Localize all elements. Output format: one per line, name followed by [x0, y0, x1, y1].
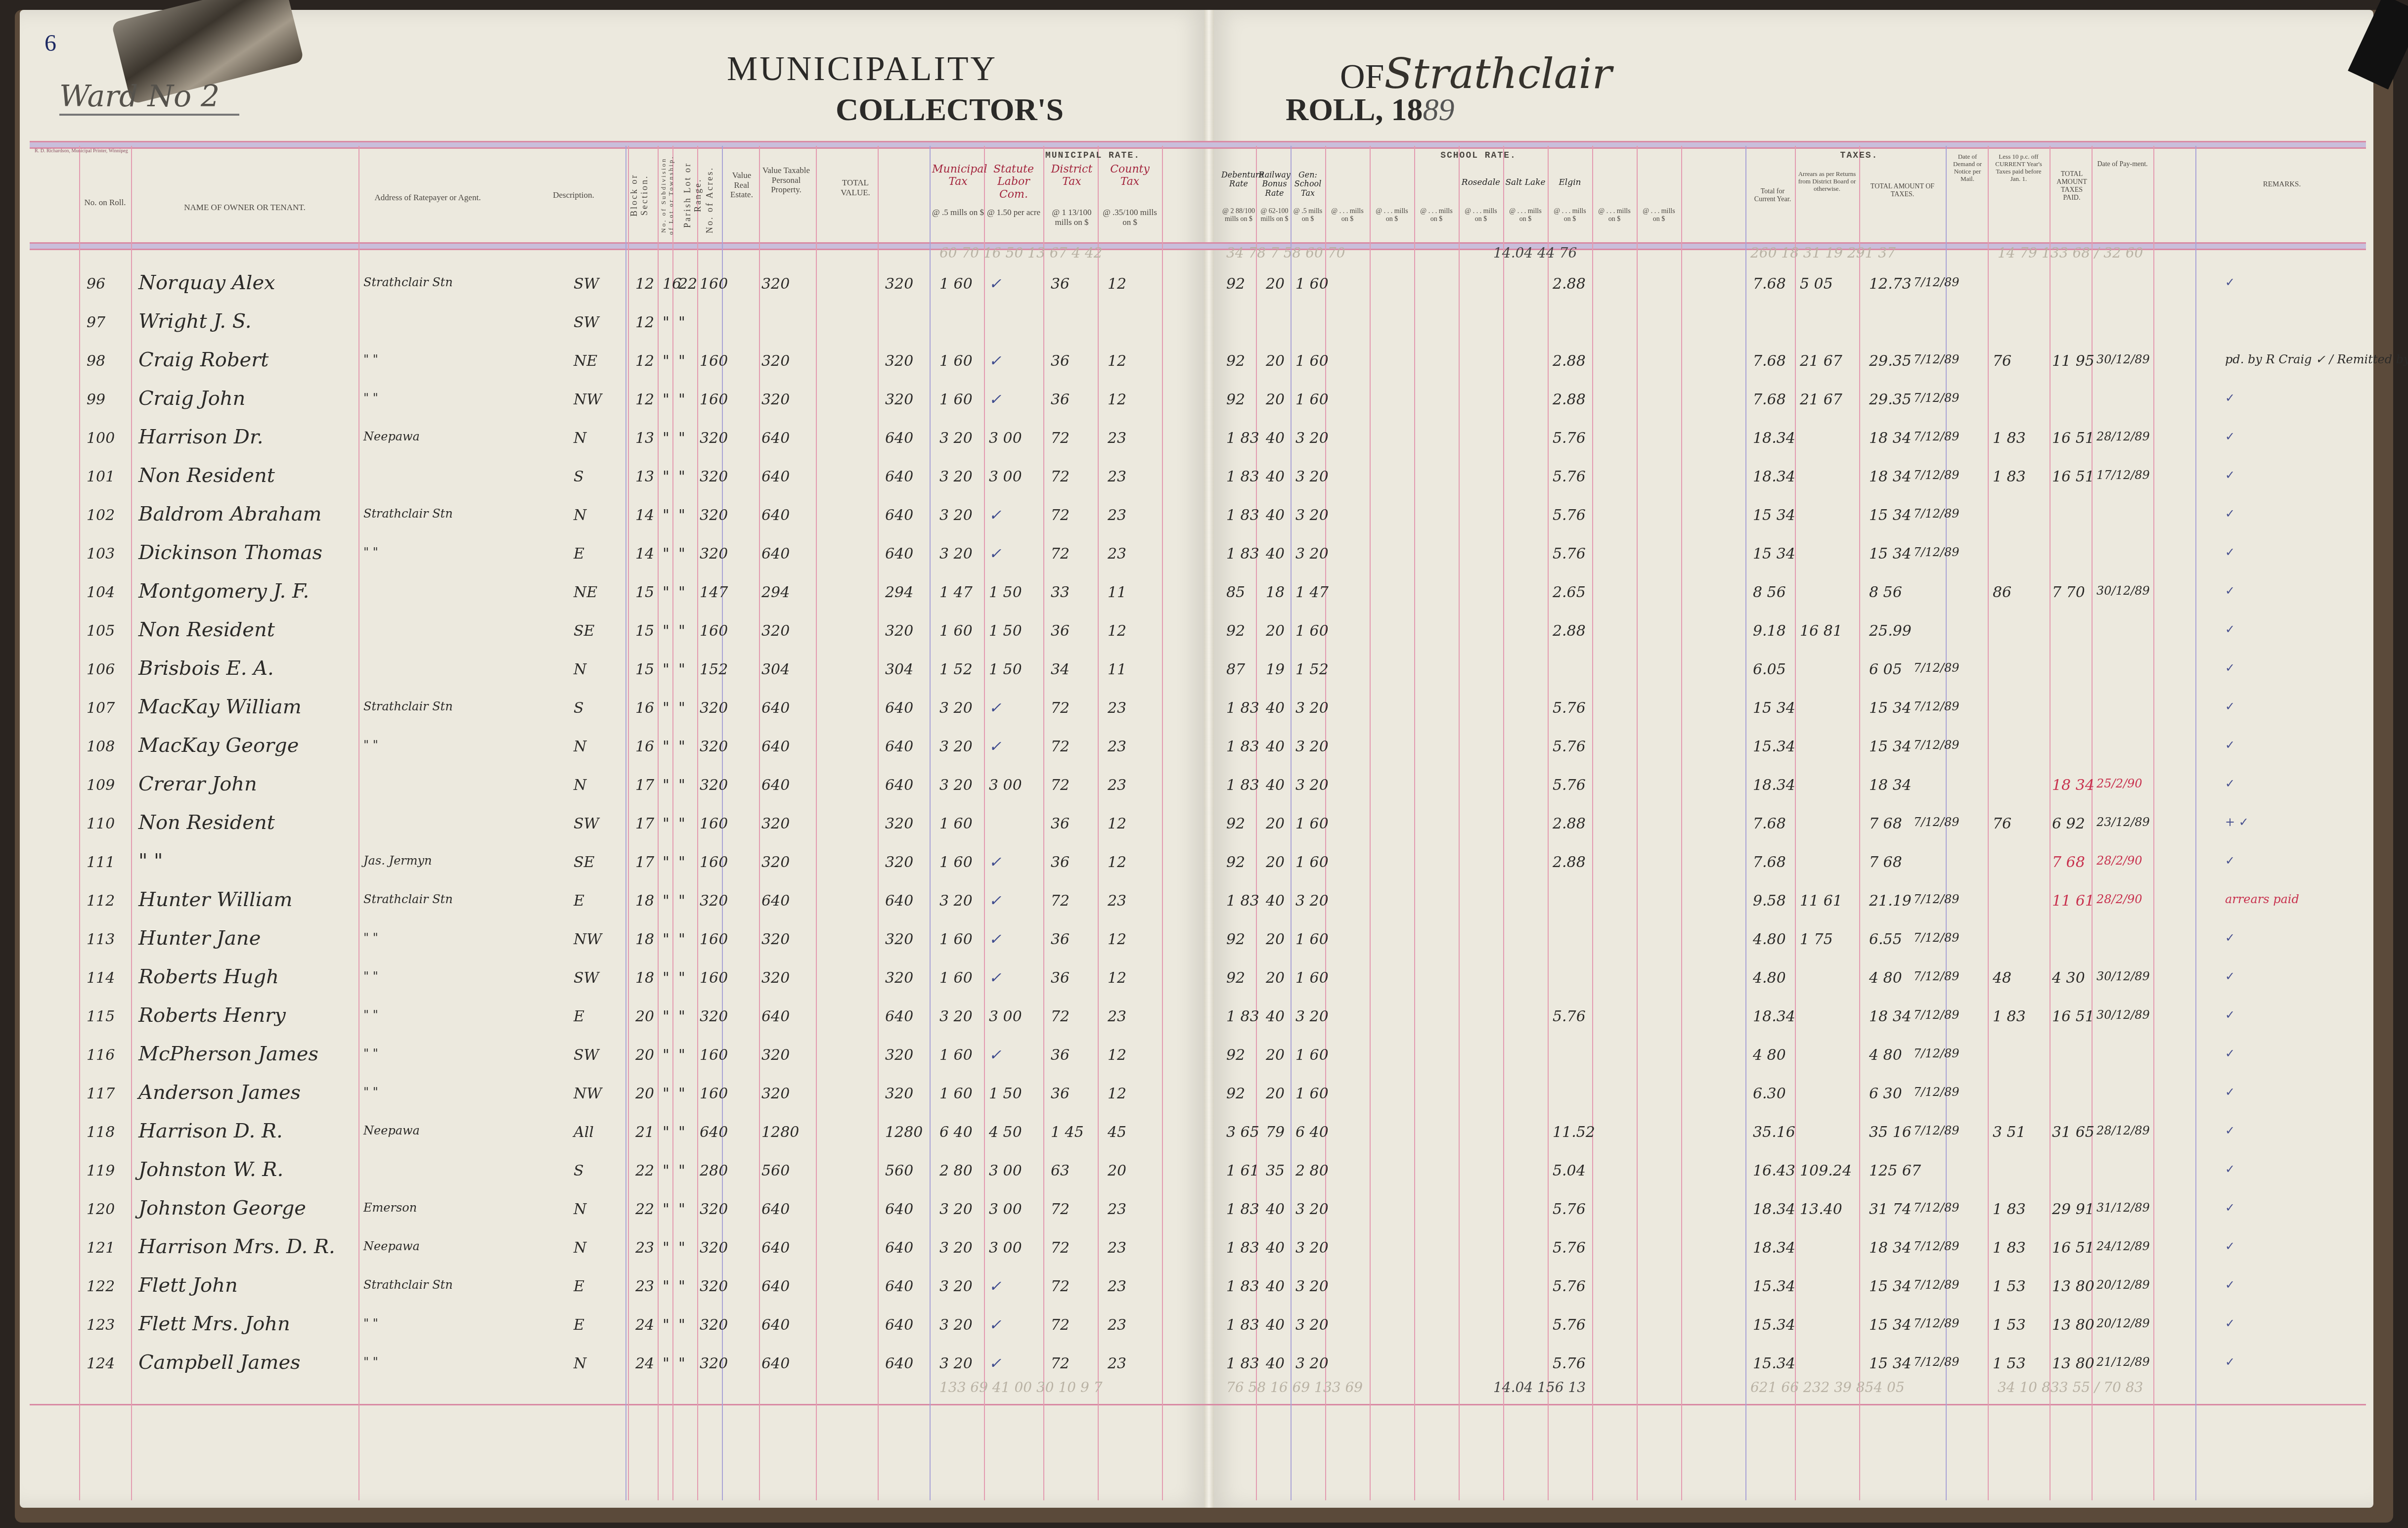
total-taxes-paid: 16 51 — [2052, 1008, 2095, 1025]
col-rate-statute-labor: @ 1.50 per acre — [986, 208, 1041, 218]
description: E — [574, 1278, 584, 1295]
acres: 320 — [700, 1316, 728, 1334]
total-current-year: 15.34 — [1753, 738, 1795, 755]
row-number: 115 — [87, 1008, 115, 1025]
district-tax: 36 — [1051, 1047, 1070, 1064]
district-tax: 72 — [1051, 1316, 1070, 1334]
description: SW — [574, 815, 599, 832]
range: " — [678, 1047, 685, 1064]
value-real-estate: 304 — [761, 661, 790, 678]
district-tax: 36 — [1051, 391, 1070, 408]
district-tax: 34 — [1051, 661, 1070, 678]
acres: 320 — [700, 777, 728, 794]
owner-name: Wright J. S. — [138, 310, 251, 333]
county-tax: 20 — [1108, 1162, 1126, 1179]
col-rate-county-tax: @ .35/100 mills on $ — [1100, 208, 1159, 227]
gen-school-tax: 3 20 — [1295, 430, 1329, 447]
county-tax: 23 — [1108, 1355, 1126, 1372]
gen-school-tax: 1 60 — [1295, 391, 1329, 408]
arrears: 5 05 — [1800, 275, 1833, 293]
group-header-taxes: TAXES. — [1800, 151, 1918, 161]
total-current-year: 7.68 — [1753, 391, 1786, 408]
remarks: ✓ — [2225, 738, 2235, 752]
remarks: ✓ — [2225, 1278, 2235, 1292]
gen-school-tax: 3 20 — [1295, 1201, 1329, 1218]
gen-school-tax: 3 20 — [1295, 468, 1329, 485]
railway-bonus: 19 — [1266, 661, 1285, 678]
range: " — [678, 1162, 685, 1179]
section: 14 — [635, 507, 654, 524]
date-of-demand: 7/12/89 — [1914, 391, 1960, 405]
rebate-10pc: 1 83 — [1993, 1008, 2026, 1025]
municipal-tax: 2 80 — [939, 1162, 973, 1179]
municipal-tax: 1 60 — [939, 931, 973, 948]
col-header-parish-lot: Parish Lot or Range. — [682, 153, 703, 237]
total-value: 320 — [885, 969, 913, 987]
remarks: ✓ — [2225, 931, 2235, 945]
total-amount-taxes: 29.35 — [1869, 391, 1912, 408]
total-current-year: 7.68 — [1753, 854, 1786, 871]
range: " — [678, 584, 685, 601]
total-value: 640 — [885, 1008, 913, 1025]
ratepayer-address: " " — [363, 738, 378, 752]
acres: 320 — [700, 892, 728, 910]
value-real-estate: 640 — [761, 699, 790, 717]
value-real-estate: 640 — [761, 777, 790, 794]
municipal-tax: 3 20 — [939, 1355, 973, 1372]
municipal-tax: 3 20 — [939, 738, 973, 755]
gen-school-tax: 1 60 — [1295, 931, 1329, 948]
owner-name: Non Resident — [138, 618, 275, 641]
col-rate-blank-5: @ . . . mills on $ — [1639, 208, 1679, 223]
total-amount-taxes: 15 34 — [1869, 1278, 1912, 1295]
gen-school-tax: 3 20 — [1295, 1239, 1329, 1257]
ratepayer-address: " " — [363, 1008, 378, 1022]
carried-forward-elgin: 14.04 44 76 — [1493, 245, 1577, 261]
owner-name: Non Resident — [138, 811, 275, 834]
page-total-taxes: 621 66 232 39 854 05 — [1750, 1379, 1905, 1396]
acres: 280 — [700, 1162, 728, 1179]
col-header-acres: No. of Acres. — [705, 163, 715, 237]
col-header-total-amount-taxes: TOTAL AMOUNT OF TAXES. — [1862, 183, 1943, 199]
col-rate-rosedale: @ . . . mills on $ — [1417, 208, 1456, 223]
total-value: 640 — [885, 1278, 913, 1295]
value-real-estate: 1280 — [761, 1124, 799, 1141]
subdivision: " — [663, 738, 669, 755]
range: " — [678, 699, 685, 717]
railway-bonus: 20 — [1266, 931, 1285, 948]
statute-labor: 3 00 — [989, 777, 1022, 794]
ratepayer-address: " " — [363, 969, 378, 983]
range: " — [678, 352, 685, 370]
ratepayer-address: " " — [363, 352, 378, 366]
row-number: 113 — [87, 931, 115, 948]
statute-labor: ✓ — [989, 699, 1001, 717]
ratepayer-address: " " — [363, 545, 378, 559]
date-of-payment: 30/12/89 — [2096, 1008, 2150, 1022]
total-amount-taxes: 15 34 — [1869, 507, 1912, 524]
description: N — [574, 507, 586, 524]
gen-school-tax: 1 60 — [1295, 854, 1329, 871]
acres: 160 — [700, 1085, 728, 1102]
printer-credit: R. D. Richardson, Municipal Printer, Win… — [35, 148, 128, 154]
arrears: 21 67 — [1800, 352, 1842, 370]
ratepayer-address: Neepawa — [363, 1239, 420, 1253]
municipal-tax: 1 60 — [939, 969, 973, 987]
acres: 160 — [700, 391, 728, 408]
col-header-date-payment: Date of Pay-ment. — [2094, 161, 2151, 169]
debenture-rate: 1 83 — [1226, 1316, 1259, 1334]
col-header-municipal-tax: Municipal Tax — [932, 163, 984, 188]
row-number: 106 — [87, 661, 115, 678]
range: " — [678, 468, 685, 485]
acres: 160 — [700, 969, 728, 987]
ratepayer-address: " " — [363, 931, 378, 945]
col-header-remarks: REMARKS. — [2198, 180, 2366, 189]
remarks: ✓ — [2225, 430, 2235, 443]
total-current-year: 18.34 — [1753, 1239, 1795, 1257]
date-of-demand: 7/12/89 — [1914, 1239, 1960, 1253]
total-value: 320 — [885, 1047, 913, 1064]
total-amount-taxes: 31 74 — [1869, 1201, 1912, 1218]
remarks: ✓ — [2225, 1201, 2235, 1215]
col-header-total-current-year: Total for Current Year. — [1750, 188, 1795, 204]
col-header-less-10pc: Less 10 p.c. off CURRENT Year's Taxes pa… — [1990, 153, 2047, 183]
col-rate-municipal-tax: @ .5 mills on $ — [932, 208, 984, 218]
railway-bonus: 35 — [1266, 1162, 1285, 1179]
row-number: 98 — [87, 352, 105, 370]
acres: 320 — [700, 468, 728, 485]
railway-bonus: 20 — [1266, 1047, 1285, 1064]
description: E — [574, 892, 584, 910]
range: " — [678, 892, 685, 910]
rebate-10pc: 1 83 — [1993, 430, 2026, 447]
municipal-tax: 1 60 — [939, 622, 973, 640]
owner-name: Harrison Mrs. D. R. — [138, 1235, 335, 1258]
ratepayer-address: " " — [363, 1316, 378, 1330]
elgin-school-tax: 2.88 — [1553, 815, 1586, 832]
range: " — [678, 661, 685, 678]
row-number: 108 — [87, 738, 115, 755]
value-real-estate: 320 — [761, 815, 790, 832]
owner-name: Hunter Jane — [138, 927, 261, 950]
col-header-address: Address of Ratepayer or Agent. — [361, 193, 494, 203]
total-value: 640 — [885, 738, 913, 755]
remarks: ✓ — [2225, 468, 2235, 482]
rebate-10pc: 76 — [1993, 352, 2011, 370]
statute-labor: ✓ — [989, 854, 1001, 871]
municipal-tax: 3 20 — [939, 468, 973, 485]
total-current-year: 9.18 — [1753, 622, 1786, 640]
rebate-10pc: 1 53 — [1993, 1278, 2026, 1295]
acres: 160 — [700, 622, 728, 640]
county-tax: 12 — [1108, 622, 1126, 640]
gen-school-tax: 3 20 — [1295, 738, 1329, 755]
railway-bonus: 18 — [1266, 584, 1285, 601]
description: NW — [574, 931, 602, 948]
owner-name: Roberts Henry — [138, 1004, 286, 1027]
range: " — [678, 1355, 685, 1372]
subdivision: " — [663, 815, 669, 832]
gen-school-tax: 1 47 — [1295, 584, 1329, 601]
rebate-10pc: 1 83 — [1993, 1201, 2026, 1218]
total-amount-taxes: 6 30 — [1869, 1085, 1902, 1102]
section: 18 — [635, 892, 654, 910]
remarks: ✓ — [2225, 1047, 2235, 1060]
elgin-school-tax: 5.76 — [1553, 468, 1586, 485]
total-taxes-paid: 11 95 — [2052, 352, 2095, 370]
date-of-payment: 28/12/89 — [2096, 430, 2150, 443]
debenture-rate: 1 61 — [1226, 1162, 1259, 1179]
date-of-payment: 21/12/89 — [2096, 1355, 2150, 1369]
elgin-school-tax: 5.76 — [1553, 1008, 1586, 1025]
statute-labor: ✓ — [989, 931, 1001, 948]
range: " — [678, 391, 685, 408]
district-tax: 72 — [1051, 699, 1070, 717]
rebate-10pc: 3 51 — [1993, 1124, 2026, 1141]
gen-school-tax: 6 40 — [1295, 1124, 1329, 1141]
railway-bonus: 20 — [1266, 352, 1285, 370]
total-current-year: 9.58 — [1753, 892, 1786, 910]
total-taxes-paid: 13 80 — [2052, 1278, 2095, 1295]
total-value: 320 — [885, 275, 913, 293]
railway-bonus: 40 — [1266, 892, 1285, 910]
description: E — [574, 545, 584, 563]
book-gutter — [1204, 10, 1214, 1508]
county-tax: 23 — [1108, 892, 1126, 910]
statute-labor: 1 50 — [989, 622, 1022, 640]
col-header-debenture: Debenture Rate — [1221, 171, 1256, 189]
owner-name: " " — [138, 850, 163, 873]
col-header-gen-school-tax: Gen: School Tax — [1292, 171, 1324, 198]
district-tax: 72 — [1051, 1201, 1070, 1218]
district-tax: 72 — [1051, 777, 1070, 794]
railway-bonus: 20 — [1266, 969, 1285, 987]
railway-bonus: 40 — [1266, 507, 1285, 524]
acres: 320 — [700, 1008, 728, 1025]
municipal-tax: 6 40 — [939, 1124, 973, 1141]
total-value: 640 — [885, 545, 913, 563]
description: NE — [574, 352, 597, 370]
total-amount-taxes: 15 34 — [1869, 738, 1912, 755]
page-total-paid: 34 10 833 55 / 70 83 — [1998, 1379, 2143, 1396]
date-of-demand: 7/12/89 — [1914, 352, 1960, 366]
county-tax: 23 — [1108, 468, 1126, 485]
description: N — [574, 777, 586, 794]
total-value: 640 — [885, 1239, 913, 1257]
date-of-payment: 20/12/89 — [2096, 1278, 2150, 1292]
range: " — [678, 314, 685, 331]
rebate-10pc: 1 53 — [1993, 1355, 2026, 1372]
railway-bonus: 40 — [1266, 699, 1285, 717]
row-number: 116 — [87, 1047, 115, 1064]
section: 20 — [635, 1047, 654, 1064]
railway-bonus: 40 — [1266, 468, 1285, 485]
date-of-demand: 7/12/89 — [1914, 275, 1960, 289]
description: N — [574, 430, 586, 447]
owner-name: Johnston W. R. — [138, 1158, 283, 1181]
railway-bonus: 40 — [1266, 1239, 1285, 1257]
total-value: 640 — [885, 430, 913, 447]
elgin-school-tax: 2.88 — [1553, 352, 1586, 370]
total-value: 320 — [885, 352, 913, 370]
railway-bonus: 20 — [1266, 391, 1285, 408]
subdivision: " — [663, 1085, 669, 1102]
acres: 160 — [700, 815, 728, 832]
range: " — [678, 931, 685, 948]
roll-year: 89 — [1423, 92, 1454, 127]
value-real-estate: 320 — [761, 969, 790, 987]
section: 14 — [635, 545, 654, 563]
elgin-school-tax: 5.76 — [1553, 1239, 1586, 1257]
range: " — [678, 1008, 685, 1025]
description: N — [574, 1239, 586, 1257]
owner-name: Anderson James — [138, 1081, 301, 1104]
debenture-rate: 92 — [1226, 931, 1245, 948]
total-value: 320 — [885, 622, 913, 640]
group-header-municipal-rate: MUNICIPAL RATE. — [1019, 151, 1167, 161]
date-of-payment: 20/12/89 — [2096, 1316, 2150, 1330]
municipal-tax: 3 20 — [939, 892, 973, 910]
elgin-school-tax: 5.76 — [1553, 1316, 1586, 1334]
total-taxes-paid: 16 51 — [2052, 430, 2095, 447]
district-tax: 36 — [1051, 622, 1070, 640]
date-of-demand: 7/12/89 — [1914, 545, 1960, 559]
date-of-demand: 7/12/89 — [1914, 1201, 1960, 1215]
gen-school-tax: 1 60 — [1295, 352, 1329, 370]
total-current-year: 7.68 — [1753, 815, 1786, 832]
total-amount-taxes: 7 68 — [1869, 854, 1902, 871]
subdivision: " — [663, 1278, 669, 1295]
railway-bonus: 40 — [1266, 777, 1285, 794]
description: S — [574, 1162, 584, 1179]
group-header-school-rate: SCHOOL RATE. — [1384, 151, 1572, 161]
row-number: 112 — [87, 892, 115, 910]
remarks: ✓ — [2225, 507, 2235, 521]
total-current-year: 4.80 — [1753, 969, 1786, 987]
arrears: 109.24 — [1800, 1162, 1852, 1179]
remarks: ✓ — [2225, 777, 2235, 790]
debenture-rate: 1 83 — [1226, 1201, 1259, 1218]
section: 12 — [635, 352, 654, 370]
gen-school-tax: 3 20 — [1295, 777, 1329, 794]
acres: 160 — [700, 275, 728, 293]
range: " — [678, 545, 685, 563]
remarks: arrears paid — [2225, 892, 2299, 906]
col-header-county-tax: County Tax — [1100, 163, 1159, 188]
range: " — [678, 854, 685, 871]
railway-bonus: 40 — [1266, 545, 1285, 563]
page-total-municipal: 133 69 41 00 30 10 9 7 — [939, 1379, 1103, 1396]
col-header-arrears: Arrears as per Returns from District Boa… — [1797, 171, 1857, 193]
statute-labor: ✓ — [989, 738, 1001, 755]
col-header-value-personal: Value Taxable Personal Property. — [761, 166, 811, 195]
carried-forward-school: 34 78 7 58 60 70 — [1226, 245, 1345, 261]
description: SW — [574, 314, 599, 331]
debenture-rate: 92 — [1226, 622, 1245, 640]
ratepayer-address: " " — [363, 1047, 378, 1060]
section: 24 — [635, 1355, 654, 1372]
acres: 320 — [700, 1239, 728, 1257]
district-tax: 36 — [1051, 969, 1070, 987]
total-value: 640 — [885, 892, 913, 910]
row-number: 105 — [87, 622, 115, 640]
total-amount-taxes: 29.35 — [1869, 352, 1912, 370]
row-number: 120 — [87, 1201, 115, 1218]
county-tax: 45 — [1108, 1124, 1126, 1141]
remarks: ✓ — [2225, 545, 2235, 559]
row-number: 100 — [87, 430, 115, 447]
owner-name: Montgomery J. F. — [138, 580, 309, 603]
district-tax: 36 — [1051, 1085, 1070, 1102]
debenture-rate: 1 83 — [1226, 507, 1259, 524]
acres: 152 — [700, 661, 728, 678]
debenture-rate: 92 — [1226, 1085, 1245, 1102]
section: 12 — [635, 391, 654, 408]
total-amount-taxes: 15 34 — [1869, 1355, 1912, 1372]
col-rate-blank-4: @ . . . mills on $ — [1595, 208, 1634, 223]
owner-name: Flett John — [138, 1274, 238, 1297]
date-of-payment: 17/12/89 — [2096, 468, 2150, 482]
section: 15 — [635, 661, 654, 678]
section: 17 — [635, 815, 654, 832]
municipal-tax: 3 20 — [939, 1316, 973, 1334]
value-real-estate: 320 — [761, 391, 790, 408]
description: All — [574, 1124, 594, 1141]
railway-bonus: 20 — [1266, 275, 1285, 293]
owner-name: Dickinson Thomas — [138, 541, 322, 564]
elgin-school-tax: 2.65 — [1553, 584, 1586, 601]
debenture-rate: 87 — [1226, 661, 1245, 678]
rebate-10pc: 48 — [1993, 969, 2011, 987]
section: 16 — [635, 738, 654, 755]
total-value: 560 — [885, 1162, 913, 1179]
total-current-year: 4 80 — [1753, 1047, 1786, 1064]
arrears: 13.40 — [1800, 1201, 1842, 1218]
elgin-school-tax: 5.76 — [1553, 507, 1586, 524]
col-header-no-on-roll: No. on Roll. — [82, 198, 129, 208]
municipal-tax: 1 60 — [939, 1085, 973, 1102]
railway-bonus: 40 — [1266, 1201, 1285, 1218]
total-value: 320 — [885, 931, 913, 948]
county-tax: 23 — [1108, 430, 1126, 447]
county-tax: 12 — [1108, 815, 1126, 832]
col-header-block-section: Block or Section. — [629, 153, 649, 237]
col-header-date-demand: Date of Demand or Notice per Mail. — [1948, 153, 1987, 183]
subdivision: " — [663, 391, 669, 408]
statute-labor: ✓ — [989, 352, 1001, 370]
title-of: OF — [1340, 58, 1384, 96]
municipal-tax: 3 20 — [939, 777, 973, 794]
district-tax: 36 — [1051, 352, 1070, 370]
debenture-rate: 1 83 — [1226, 1278, 1259, 1295]
district-tax: 72 — [1051, 738, 1070, 755]
col-header-subdivision: No. of Subdivision of Lot or Township. — [660, 153, 675, 237]
date-of-payment: 28/12/89 — [2096, 1124, 2150, 1137]
acres: 320 — [700, 507, 728, 524]
debenture-rate: 1 83 — [1226, 545, 1259, 563]
municipal-tax: 1 60 — [939, 815, 973, 832]
debenture-rate: 92 — [1226, 275, 1245, 293]
col-header-railway-bonus: Railway Bonus Rate — [1258, 171, 1291, 198]
total-taxes-paid: 18 34 — [2052, 777, 2095, 794]
section: 15 — [635, 584, 654, 601]
county-tax: 12 — [1108, 1085, 1126, 1102]
elgin-school-tax: 2.88 — [1553, 275, 1586, 293]
district-tax: 33 — [1051, 584, 1070, 601]
description: N — [574, 1201, 586, 1218]
row-number: 97 — [87, 314, 105, 331]
